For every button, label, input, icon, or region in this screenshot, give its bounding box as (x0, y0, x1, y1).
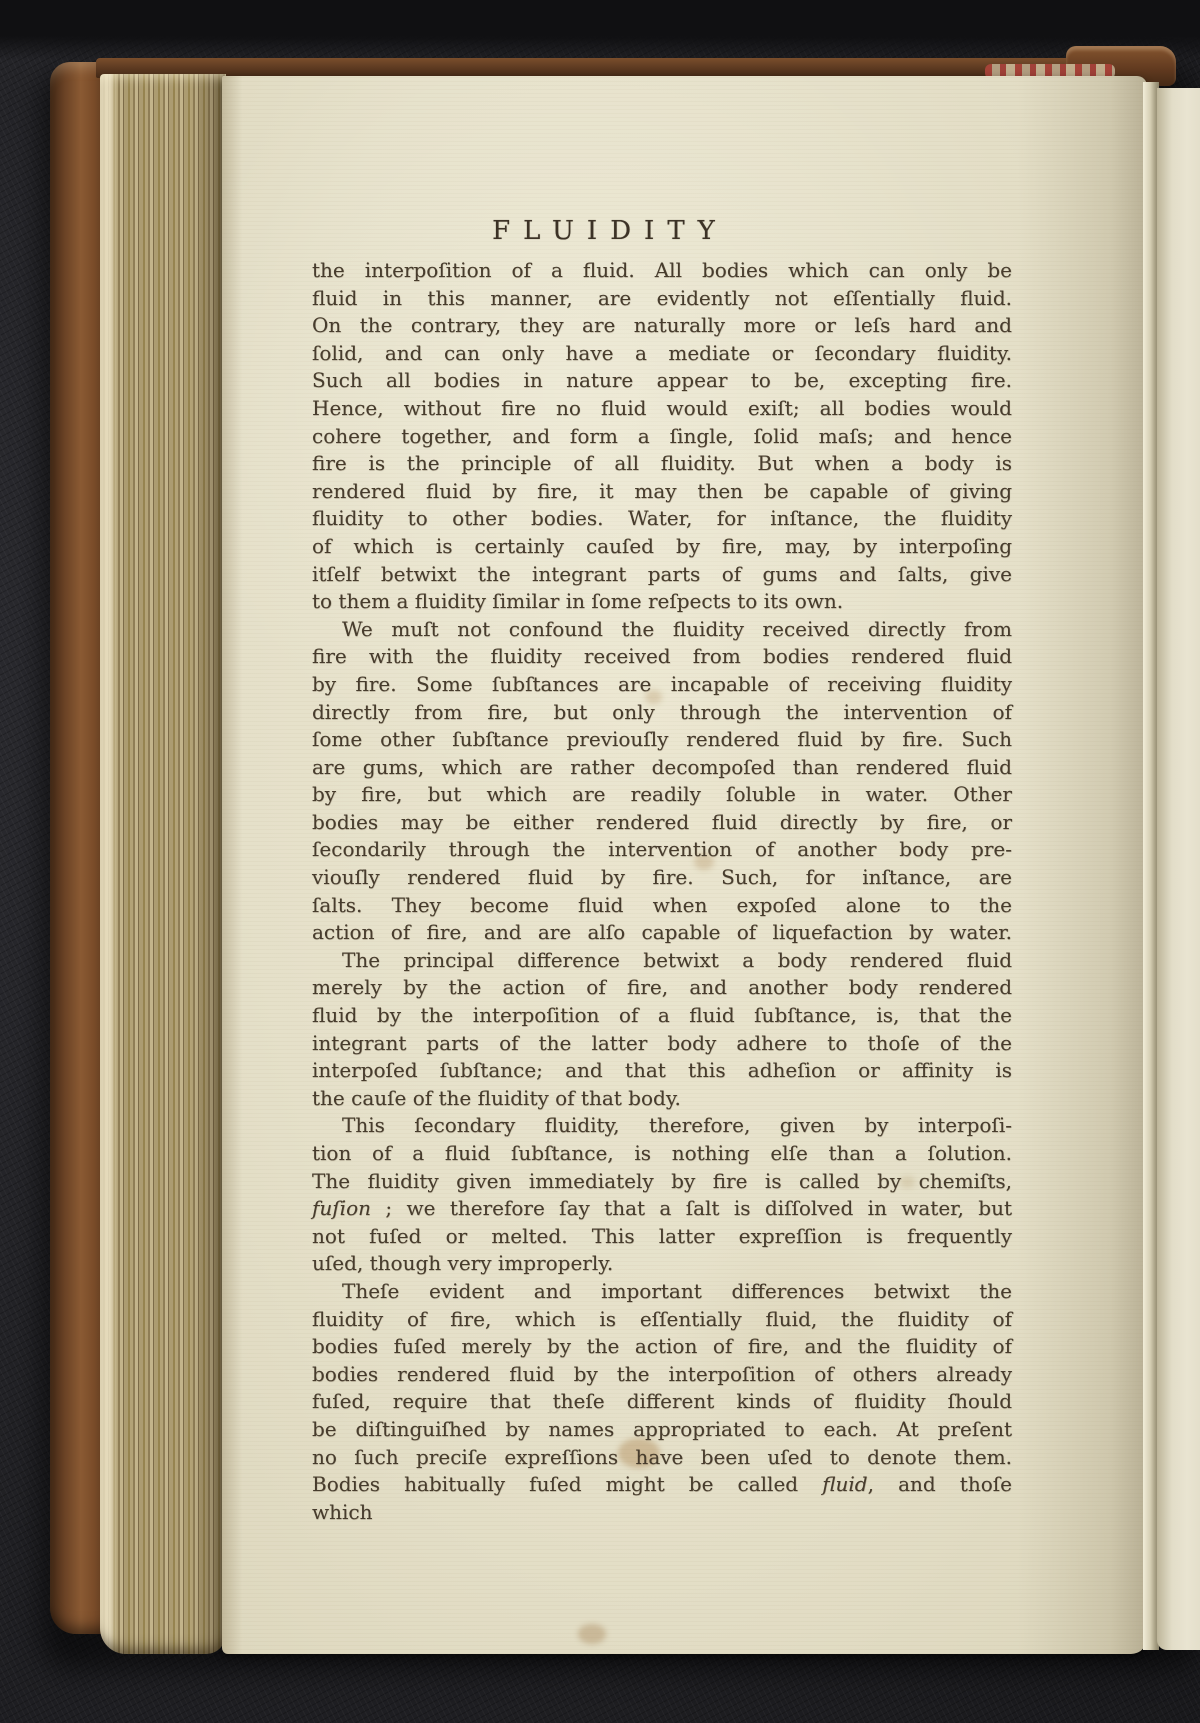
text-line: This ſecondary fluidity, therefore, give… (312, 1112, 1012, 1140)
text-line: Such all bodies in nature appear to be, … (312, 367, 1012, 395)
text-line: are gums, which are rather decompoſed th… (312, 754, 1012, 782)
top-leather-band (96, 58, 1096, 78)
text-line: bodies rendered fluid by the interpoſiti… (312, 1361, 1012, 1389)
text-line: We muſt not confound the fluidity receiv… (312, 616, 1012, 644)
text-line: fuſed, require that theſe different kind… (312, 1388, 1012, 1416)
text-line: fluid by the interpoſition of a fluid ſu… (312, 1002, 1012, 1030)
text-line: directly from fire, but only through the… (312, 699, 1012, 727)
text-line: On the contrary, they are naturally more… (312, 312, 1012, 340)
backdrop-shadow (0, 0, 1200, 60)
text-line: itſelf betwixt the integrant parts of gu… (312, 561, 1012, 589)
paragraph: The principal difference betwixt a body … (312, 947, 1012, 1113)
text-line: by fire. Some ſubſtances are incapable o… (312, 671, 1012, 699)
text-line: cohere together, and form a ſingle, ſoli… (312, 423, 1012, 451)
text-line: fluidity to other bodies. Water, for inſ… (312, 505, 1012, 533)
text-line: ſome other ſubſtance previouſly rendered… (312, 726, 1012, 754)
text-line: integrant parts of the latter body adher… (312, 1030, 1012, 1058)
text-line: Hence, without fire no fluid would exiſt… (312, 395, 1012, 423)
text-line: to them a fluidity ſimilar in ſome reſpe… (312, 588, 1012, 616)
text-line: viouſly rendered fluid by fire. Such, fo… (312, 864, 1012, 892)
text-line: of which is certainly cauſed by fire, ma… (312, 533, 1012, 561)
text-line: fluidity of fire, which is eſſentially f… (312, 1306, 1012, 1334)
text-line: Theſe evident and important differences … (312, 1278, 1012, 1306)
photographed-book-page: FLUIDITY the interpoſition of a fluid. A… (0, 0, 1200, 1723)
text-line: action of fire, and are alſo capable of … (312, 919, 1012, 947)
text-line: by fire, but which are readily ſoluble i… (312, 781, 1012, 809)
foxing-stain (578, 1624, 606, 1644)
paragraph: This ſecondary fluidity, therefore, give… (312, 1112, 1012, 1278)
facing-page-sliver (1157, 88, 1200, 1650)
text-line: fluid in this manner, are evidently not … (312, 285, 1012, 313)
text-line: ſolid, and can only have a mediate or ſe… (312, 340, 1012, 368)
text-line: ſalts. They become fluid when expoſed al… (312, 892, 1012, 920)
text-line: ſecondarily through the intervention of … (312, 836, 1012, 864)
paragraph: We muſt not confound the fluidity receiv… (312, 616, 1012, 947)
text-line: no ſuch preciſe expreſſions have been uſ… (312, 1444, 1012, 1472)
catchword: which (312, 1499, 1026, 1527)
page-heading: FLUIDITY (260, 216, 960, 246)
text-line: fire with the fluidity received from bod… (312, 643, 1012, 671)
text-line: tion of a fluid ſubſtance, is nothing el… (312, 1140, 1012, 1168)
text-line: interpoſed ſubſtance; and that this adhe… (312, 1057, 1012, 1085)
text-line: the cauſe of the fluidity of that body. (312, 1085, 1012, 1113)
text-line: The fluidity given immediately by fire i… (312, 1168, 1012, 1196)
text-line: bodies fuſed merely by the action of fir… (312, 1333, 1012, 1361)
text-line: fuſion ; we therefore ſay that a ſalt is… (312, 1195, 1012, 1223)
text-line: rendered fluid by fire, it may then be c… (312, 478, 1012, 506)
text-line: merely by the action of fire, and anothe… (312, 974, 1012, 1002)
paragraph: Theſe evident and important differences … (312, 1278, 1012, 1499)
text-line: Bodies habitually fuſed might be called … (312, 1471, 1012, 1499)
leather-spine (50, 62, 106, 1634)
text-line: the interpoſition of a fluid. All bodies… (312, 257, 1012, 285)
text-line: The principal difference betwixt a body … (312, 947, 1012, 975)
paragraph: the interpoſition of a fluid. All bodies… (312, 257, 1012, 616)
text-line: be diſtinguiſhed by names appropriated t… (312, 1416, 1012, 1444)
fanned-page-edges (100, 74, 226, 1654)
page-text: the interpoſition of a fluid. All bodies… (312, 257, 1012, 1526)
text-line: uſed, though very improperly. (312, 1250, 1012, 1278)
text-line: fire is the principle of all fluidity. B… (312, 450, 1012, 478)
paragraphs: the interpoſition of a fluid. All bodies… (312, 257, 1012, 1499)
text-line: not fuſed or melted. This latter expreſſ… (312, 1223, 1012, 1251)
text-line: bodies may be either rendered fluid dire… (312, 809, 1012, 837)
